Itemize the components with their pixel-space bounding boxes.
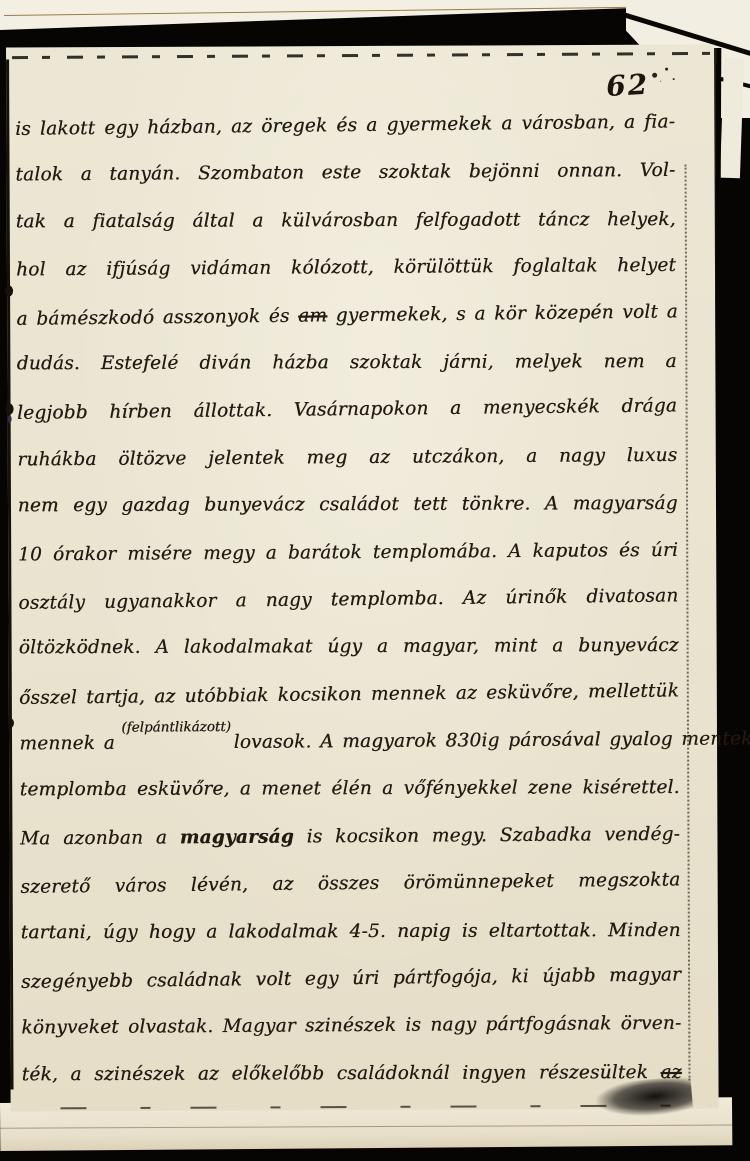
manuscript-page: 62 is lakott egy házban, az öregek és a …	[6, 44, 719, 1111]
text-segment: mennek a	[19, 733, 123, 755]
manuscript-line: nem egy gazdag bunyevácz családot tett t…	[18, 480, 678, 530]
text-segment: szerető város lévén, az összes örömünnep…	[20, 870, 680, 898]
text-segment: öltözködnek. A lakodalmakat úgy a magyar…	[19, 635, 679, 658]
text-segment: gyermekek, s a kör közepén volt a	[327, 301, 678, 326]
text-segment: könyveket olvastak. Magyar szinészek is …	[21, 1013, 681, 1039]
dust-specks	[652, 73, 657, 78]
ink-blot	[5, 286, 13, 297]
scan-background: { "colors": { "paper": "#e9e3d0", "ink":…	[0, 0, 750, 1161]
margin-line	[685, 165, 691, 1081]
text-segment: 10 órakor misére megy a barátok templomá…	[18, 539, 678, 565]
manuscript-line: dudás. Estefelé diván házba szoktak járn…	[17, 338, 677, 388]
manuscript-line: öltözködnek. A lakodalmakat úgy a magyar…	[19, 622, 679, 672]
manuscript-line: legjobb hírben állottak. Vasárnapokon a …	[17, 383, 677, 438]
page-edge-sliver	[720, 58, 744, 179]
manuscript-line: ruhákba öltözve jelentek meg az utczákon…	[17, 431, 677, 483]
left-binding-line	[6, 60, 13, 1090]
manuscript-line: ték, a szinészek az előkelőbb családokná…	[22, 1049, 682, 1099]
manuscript-line: tartani, úgy hogy a lakodalmak 4-5. napi…	[21, 907, 681, 957]
manuscript-line: hol az ifjúság vidáman kólózott, körülöt…	[16, 242, 676, 294]
manuscript-line: ősszel tartja, az utóbbiak kocsikon menn…	[19, 667, 679, 722]
text-segment: ték, a szinészek az előkelőbb családokná…	[22, 1062, 661, 1085]
text-segment: ősszel tartja, az utóbbiak kocsikon menn…	[19, 680, 679, 708]
text-segment: am	[298, 305, 327, 326]
text-segment: legjobb hírben állottak. Vasárnapokon a …	[17, 396, 677, 424]
text-segment: magyarság	[180, 826, 294, 848]
text-segment: nem egy gazdag bunyevácz családot tett t…	[18, 493, 678, 516]
text-segment: Ma azonban a	[20, 827, 180, 849]
previous-page-edge	[0, 0, 672, 30]
page-crease-line	[0, 1125, 732, 1129]
text-segment: is kocsikon megy. Szabadka vendég-	[294, 824, 680, 848]
text-segment: dudás. Estefelé diván házba szoktak járn…	[17, 351, 677, 374]
page-crease-line	[4, 6, 663, 16]
manuscript-line: osztály ugyanakkor a nagy templomba. Az …	[18, 572, 678, 627]
text-segment: osztály ugyanakkor a nagy templomba. Az …	[18, 585, 678, 613]
manuscript-line: is lakott egy házban, az öregek és a gye…	[15, 98, 675, 153]
inserted-word: (felpántlikázott)	[121, 720, 231, 735]
text-segment: tartani, úgy hogy a lakodalmak 4-5. napi…	[21, 920, 681, 943]
manuscript-line: szegényebb családnak volt egy úri pártfo…	[21, 951, 681, 1006]
text-segment: talok a tanyán. Szombaton este szoktak b…	[15, 160, 675, 186]
manuscript-line: 10 órakor misére megy a barátok templomá…	[18, 526, 678, 578]
manuscript-line: mennek a (felpántlikázott) lovasok. A ma…	[19, 716, 679, 768]
manuscript-lines: is lakott egy házban, az öregek és a gye…	[15, 100, 682, 1100]
manuscript-line: templomba esküvőre, a menet élén a vőfén…	[20, 764, 680, 814]
text-segment: ruhákba öltözve jelentek meg az utczákon…	[17, 444, 677, 470]
text-segment: is lakott egy házban, az öregek és a gye…	[15, 111, 675, 139]
text-segment: tak a fiatalság által a külvárosban felf…	[16, 209, 676, 232]
manuscript-line: talok a tanyán. Szombaton este szoktak b…	[15, 147, 675, 199]
manuscript-line: a bámészkodó asszonyok és am gyermekek, …	[16, 288, 676, 343]
manuscript-line: tak a fiatalság által a külvárosban felf…	[16, 196, 676, 246]
text-segment: szegényebb családnak volt egy úri pártfo…	[21, 964, 681, 992]
manuscript-line: könyveket olvastak. Magyar szinészek is …	[21, 1000, 681, 1052]
manuscript-line: Ma azonban a magyarság is kocsikon megy.…	[20, 811, 680, 863]
text-segment: lovasok. A magyarok 830ig párosával gyal…	[225, 728, 750, 753]
text-segment: hol az ifjúság vidáman kólózott, körülöt…	[16, 255, 676, 281]
text-segment: templomba esküvőre, a menet élén a vőfén…	[20, 777, 680, 800]
manuscript-line: szerető város lévén, az összes örömünnep…	[20, 857, 680, 912]
text-segment: a bámészkodó asszonyok és	[16, 305, 298, 329]
